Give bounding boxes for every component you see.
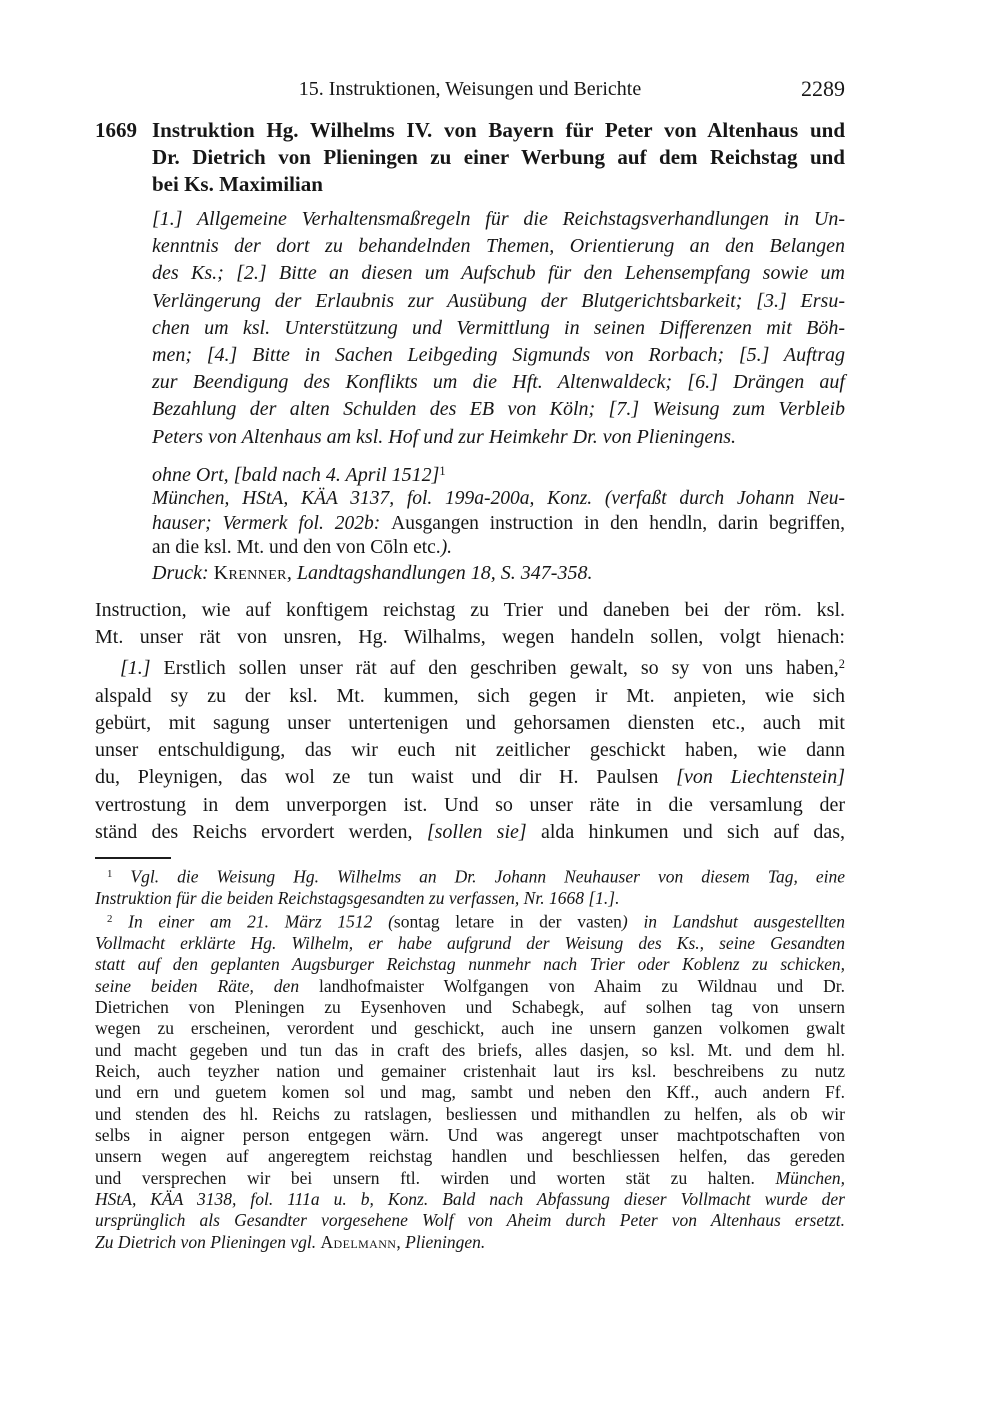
entry-title: Instruktion Hg. Wilhelms IV. von Bayern …	[152, 117, 845, 198]
text-line: Peters von Altenhaus am ksl. Hof und zur…	[152, 424, 845, 451]
print-reference: Druck: Krenner, Landtagshandlungen 18, S…	[152, 561, 845, 586]
text-line: alspald sy zu der ksl. Mt. kummen, sich …	[95, 683, 845, 710]
text-line: wegen zu erscheinen, verordent und gesch…	[95, 1018, 845, 1039]
text-line: [1.] Erstlich sollen unser rät auf den g…	[95, 651, 845, 682]
text-line: und ern und guetem komen sol und mag, sa…	[95, 1082, 845, 1103]
text-line: 2 In einer am 21. März 1512 (sontag leta…	[95, 909, 845, 933]
footnote-divider	[95, 857, 171, 859]
text-line: [1.] Allgemeine Verhaltensmaßregeln für …	[152, 206, 845, 233]
date-line: ohne Ort, [bald nach 4. April 1512]1	[152, 459, 845, 488]
text-line: Reich, auch teyzher nation und gemainer …	[95, 1061, 845, 1082]
text-line: und versprechen wir bei unsern ftl. wird…	[95, 1168, 845, 1189]
text-line: des Ks.; [2.] Bitte an diesen um Aufschu…	[152, 260, 845, 287]
running-header-section-title: 15. Instruktionen, Weisungen und Bericht…	[95, 78, 845, 101]
text-line: gebürt, mit sagung unser untertenigen un…	[95, 710, 845, 737]
text-line: Instruction, wie auf konftigem reichstag…	[95, 597, 845, 624]
entry-number: 1669	[95, 117, 137, 144]
text-line: Dietrichen von Pleningen zu Eysenhoven u…	[95, 997, 845, 1018]
text-line: Vollmacht erklärte Hg. Wilhelm, er habe …	[95, 933, 845, 954]
text-line: vertrostung in dem unverporgen ist. Und …	[95, 792, 845, 819]
body-text: Instruction, wie auf konftigem reichstag…	[95, 597, 845, 846]
text-line: selbs in aigner person entgegen wärn. Un…	[95, 1125, 845, 1146]
text-line: Mt. unser rät von unsren, Hg. Wilhalms, …	[95, 624, 845, 651]
text-line: München, HStA, KÄA 3137, fol. 199a-200a,…	[152, 487, 845, 512]
text-line: unsern wegen auf angeregtem reichstag ha…	[95, 1146, 845, 1167]
running-header: 15. Instruktionen, Weisungen und Bericht…	[95, 78, 845, 104]
book-page: 15. Instruktionen, Weisungen und Bericht…	[0, 0, 1004, 1418]
text-line: Zu Dietrich von Plieningen vgl. Adelmann…	[95, 1232, 845, 1253]
footnotes: 1 Vgl. die Weisung Hg. Wilhelms an Dr. J…	[95, 864, 845, 1253]
entry-heading: 1669 Instruktion Hg. Wilhelms IV. von Ba…	[95, 117, 845, 198]
text-line: an die ksl. Mt. und den von Cōln etc.).	[152, 536, 845, 561]
text-line: statt auf den geplanten Augsburger Reich…	[95, 954, 845, 975]
text-line: hauser; Vermerk fol. 202b: Ausgangen ins…	[152, 512, 845, 537]
text-line: ursprünglich als Gesandter vorgesehene W…	[95, 1210, 845, 1231]
text-line: zur Beendigung des Konflikts um die Hft.…	[152, 369, 845, 396]
text-line: bei Ks. Maximilian	[152, 171, 845, 198]
page-number: 2289	[801, 76, 845, 102]
text-line: unser entschuldigung, das wir euch nit z…	[95, 737, 845, 764]
footnote-1: 1 Vgl. die Weisung Hg. Wilhelms an Dr. J…	[95, 864, 845, 909]
text-line: kenntnis der dort zu behandelnden Themen…	[152, 233, 845, 260]
footnote-2: 2 In einer am 21. März 1512 (sontag leta…	[95, 909, 845, 1253]
text-line: HStA, KÄA 3138, fol. 111a u. b, Konz. Ba…	[95, 1189, 845, 1210]
text-line: Bezahlung der alten Schulden des EB von …	[152, 396, 845, 423]
text-line: Instruktion für die beiden Reichstagsges…	[95, 888, 845, 909]
text-line: ohne Ort, [bald nach 4. April 1512]1	[152, 459, 845, 488]
entry-summary: [1.] Allgemeine Verhaltensmaßregeln für …	[152, 206, 845, 451]
text-line: ständ des Reichs ervordert werden, [soll…	[95, 819, 845, 846]
text-line: men; [4.] Bitte in Sachen Leibgeding Sig…	[152, 342, 845, 369]
text-line: Instruktion Hg. Wilhelms IV. von Bayern …	[152, 117, 845, 144]
text-line: und stenden des hl. Reichs zu ratslagen,…	[95, 1104, 845, 1125]
text-line: du, Pleynigen, das wol ze tun waist und …	[95, 764, 845, 791]
text-line: chen um ksl. Unterstützung und Vermittlu…	[152, 315, 845, 342]
text-line: Verlängerung der Erlaubnis zur Ausübung …	[152, 288, 845, 315]
text-line: Druck: Krenner, Landtagshandlungen 18, S…	[152, 561, 845, 586]
text-line: 1 Vgl. die Weisung Hg. Wilhelms an Dr. J…	[95, 864, 845, 888]
text-line: Dr. Dietrich von Plieningen zu einer Wer…	[152, 144, 845, 171]
text-line: seine beiden Räte, den landhofmaister Wo…	[95, 976, 845, 997]
text-line: und macht gegeben und tun das in craft d…	[95, 1040, 845, 1061]
archive-reference: München, HStA, KÄA 3137, fol. 199a-200a,…	[152, 487, 845, 561]
